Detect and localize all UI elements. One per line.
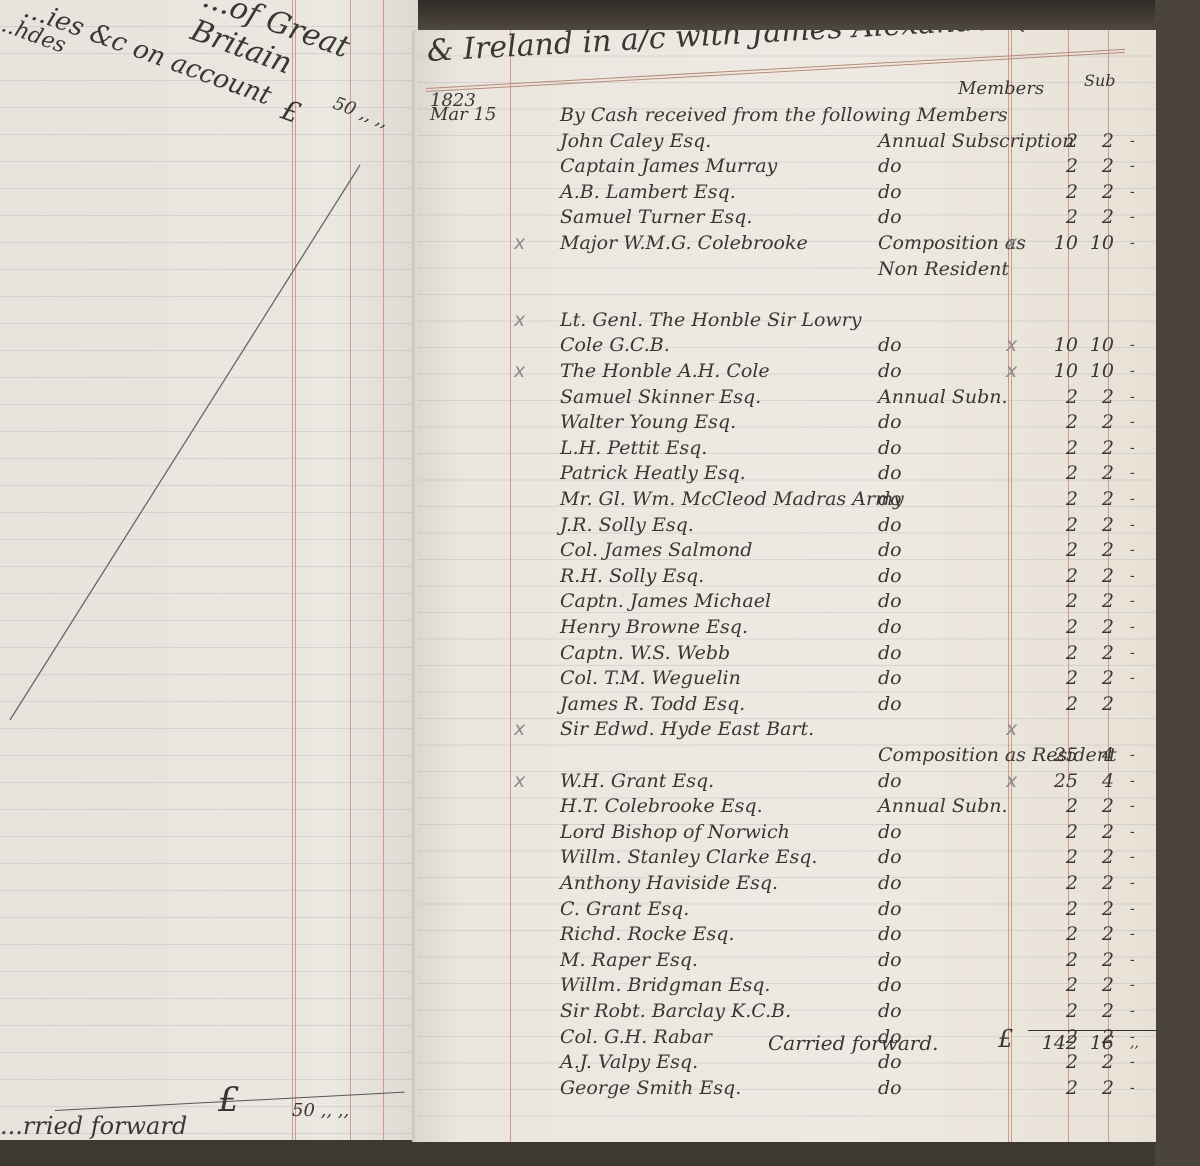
ledger-row: R.H. Solly Esq.do22- — [418, 563, 1156, 589]
amount-shillings: 10 — [1078, 332, 1114, 358]
amount-pounds: 10 — [1038, 358, 1078, 384]
member-name: Patrick Heatly Esq. — [560, 460, 746, 486]
subscription-type: do — [878, 614, 902, 640]
amount-pounds: 10 — [1038, 332, 1078, 358]
member-name: Sir Edwd. Hyde East Bart. — [560, 716, 814, 742]
amount-pounds: 2 — [1038, 204, 1078, 230]
subscription-type: do — [878, 768, 902, 794]
amount-pence: - — [1130, 537, 1135, 563]
member-name: W.H. Grant Esq. — [560, 768, 714, 794]
amount-pounds: 25 — [1038, 742, 1078, 768]
amount-pence: - — [1130, 1075, 1135, 1101]
amount-pounds: 2 — [1038, 870, 1078, 896]
amount-pounds: 2 — [1038, 793, 1078, 819]
member-name: Cole G.C.B. — [560, 332, 670, 358]
ledger-row: Composition as Resident254- — [418, 742, 1156, 768]
member-name: Lt. Genl. The Honble Sir Lowry — [560, 307, 861, 333]
member-name: Samuel Turner Esq. — [560, 204, 752, 230]
ledger-row: M. Raper Esq.do22- — [418, 947, 1156, 973]
subscription-type: do — [878, 972, 902, 998]
audit-check-mark: x — [1006, 332, 1017, 358]
ledger-row — [418, 281, 1156, 307]
member-name: C. Grant Esq. — [560, 896, 689, 922]
ledger-row: xThe Honble A.H. Coledox1010- — [418, 358, 1156, 384]
member-name: Col. G.H. Rabar — [560, 1024, 712, 1050]
ledger-row: Captain James Murraydo22- — [418, 153, 1156, 179]
column-sub: Sub — [1084, 68, 1116, 94]
amount-pounds: 2 — [1038, 512, 1078, 538]
subscription-type: Non Resident — [878, 256, 1009, 282]
member-name: George Smith Esq. — [560, 1075, 741, 1101]
amount-pounds: 2 — [1038, 179, 1078, 205]
amount-shillings: 2 — [1078, 512, 1114, 538]
amount-pence: - — [1130, 793, 1135, 819]
ledger-row: Sir Robt. Barclay K.C.B.do22- — [418, 998, 1156, 1024]
amount-shillings: 2 — [1078, 972, 1114, 998]
amount-pounds: 2 — [1038, 128, 1078, 154]
amount-pounds: 2 — [1038, 896, 1078, 922]
amount-pence: - — [1130, 921, 1135, 947]
ledger-row: Patrick Heatly Esq.do22- — [418, 460, 1156, 486]
amount-shillings: 2 — [1078, 179, 1114, 205]
subscription-type: do — [878, 358, 902, 384]
member-name: Anthony Haviside Esq. — [560, 870, 778, 896]
ledger-row: A.B. Lambert Esq.do22- — [418, 179, 1156, 205]
amount-shillings: 2 — [1078, 947, 1114, 973]
subscription-type: do — [878, 947, 902, 973]
left-footer-currency: £ — [218, 1080, 240, 1120]
amount-pence: - — [1130, 409, 1135, 435]
tick-mark: x — [514, 307, 525, 333]
subscription-type: do — [878, 665, 902, 691]
ledger-row: Henry Browne Esq.do22- — [418, 614, 1156, 640]
amount-pence: - — [1130, 768, 1135, 794]
member-name: James R. Todd Esq. — [560, 691, 745, 717]
amount-shillings: 2 — [1078, 691, 1114, 717]
amount-shillings: 2 — [1078, 819, 1114, 845]
left-footer-amount: 50 ,, ,, — [292, 1100, 349, 1121]
member-name: Col. T.M. Weguelin — [560, 665, 741, 691]
member-name: Samuel Skinner Esq. — [560, 384, 761, 410]
tick-mark: x — [514, 716, 525, 742]
ledger-row: Anthony Haviside Esq.do22- — [418, 870, 1156, 896]
amount-pence: - — [1130, 588, 1135, 614]
subscription-type: do — [878, 179, 902, 205]
ledger-row: Willm. Bridgman Esq.do22- — [418, 972, 1156, 998]
member-name: M. Raper Esq. — [560, 947, 698, 973]
amount-shillings: 10 — [1078, 230, 1114, 256]
member-name: H.T. Colebrooke Esq. — [560, 793, 763, 819]
amount-pounds: 2 — [1038, 435, 1078, 461]
amount-pounds: 2 — [1038, 537, 1078, 563]
ledger-row: C. Grant Esq.do22- — [418, 896, 1156, 922]
ledger-row: George Smith Esq.do22- — [418, 1075, 1156, 1101]
amount-pounds: 2 — [1038, 409, 1078, 435]
ledger-row: Col. T.M. Weguelindo22- — [418, 665, 1156, 691]
amount-pounds: 2 — [1038, 614, 1078, 640]
subscription-type: do — [878, 844, 902, 870]
amount-pence: - — [1130, 870, 1135, 896]
amount-pence: - — [1130, 665, 1135, 691]
ledger-row: L.H. Pettit Esq.do22- — [418, 435, 1156, 461]
amount-pence: - — [1130, 742, 1135, 768]
ledger-row: Mr. Gl. Wm. McCleod Madras Armydo22- — [418, 486, 1156, 512]
amount-pence: - — [1130, 640, 1135, 666]
subscription-type: do — [878, 921, 902, 947]
amount-shillings: 2 — [1078, 537, 1114, 563]
amount-pounds: 2 — [1038, 921, 1078, 947]
subscription-type: do — [878, 870, 902, 896]
ledger-row: J.R. Solly Esq.do22- — [418, 512, 1156, 538]
ledger-row: Lord Bishop of Norwichdo22- — [418, 819, 1156, 845]
tick-mark: x — [514, 358, 525, 384]
carried-forward-shillings: 16 — [1078, 1030, 1114, 1056]
member-name: Willm. Bridgman Esq. — [560, 972, 770, 998]
audit-check-mark: x — [1006, 768, 1017, 794]
amount-shillings: 2 — [1078, 153, 1114, 179]
amount-pence: - — [1130, 128, 1135, 154]
cancel-diagonal-line — [0, 0, 418, 1140]
amount-pounds: 2 — [1038, 486, 1078, 512]
member-name: Walter Young Esq. — [560, 409, 736, 435]
subscription-type: do — [878, 640, 902, 666]
ledger-row: Samuel Skinner Esq.Annual Subn.22- — [418, 384, 1156, 410]
amount-pence: - — [1130, 153, 1135, 179]
amount-shillings: 2 — [1078, 640, 1114, 666]
subscription-type: do — [878, 204, 902, 230]
amount-pounds: 2 — [1038, 563, 1078, 589]
member-name: Major W.M.G. Colebrooke — [560, 230, 808, 256]
amount-pounds: 2 — [1038, 819, 1078, 845]
amount-pounds: 2 — [1038, 947, 1078, 973]
member-name: Willm. Stanley Clarke Esq. — [560, 844, 817, 870]
subscription-type: do — [878, 435, 902, 461]
subscription-type: do — [878, 691, 902, 717]
subscription-type: do — [878, 896, 902, 922]
amount-pounds: 2 — [1038, 972, 1078, 998]
carried-forward-currency: £ — [998, 1026, 1013, 1052]
ledger-row: xMajor W.M.G. ColebrookeComposition asx1… — [418, 230, 1156, 256]
member-name: John Caley Esq. — [560, 128, 711, 154]
amount-pence: - — [1130, 204, 1135, 230]
member-name: L.H. Pettit Esq. — [560, 435, 707, 461]
amount-shillings: 2 — [1078, 486, 1114, 512]
amount-shillings: 2 — [1078, 921, 1114, 947]
amount-shillings: 2 — [1078, 384, 1114, 410]
subscription-type: do — [878, 332, 902, 358]
amount-pence: - — [1130, 896, 1135, 922]
tick-mark: x — [514, 768, 525, 794]
audit-check-mark: x — [1006, 230, 1017, 256]
book-cover — [1155, 0, 1200, 1166]
member-name: By Cash received from the following Memb… — [560, 102, 1008, 128]
member-name: Sir Robt. Barclay K.C.B. — [560, 998, 791, 1024]
subscription-type: do — [878, 409, 902, 435]
subscription-type: do — [878, 460, 902, 486]
amount-pounds: 2 — [1038, 844, 1078, 870]
subscription-type: Annual Subn. — [878, 384, 1008, 410]
left-footer-label: ...rried forward — [0, 1112, 187, 1140]
ledger-row: Richd. Rocke Esq.do22- — [418, 921, 1156, 947]
ledger-row: James R. Todd Esq.do22 — [418, 691, 1156, 717]
amount-pounds: 2 — [1038, 153, 1078, 179]
member-name: Mr. Gl. Wm. McCleod Madras Army — [560, 486, 904, 512]
amount-pence: - — [1130, 844, 1135, 870]
subscription-type: do — [878, 512, 902, 538]
subscription-type: do — [878, 819, 902, 845]
carried-forward-pence: ,, — [1130, 1030, 1139, 1056]
subscription-type: do — [878, 588, 902, 614]
amount-pence: - — [1130, 179, 1135, 205]
subscription-type: Composition as — [878, 230, 1026, 256]
amount-shillings: 2 — [1078, 665, 1114, 691]
tick-mark: x — [514, 230, 525, 256]
amount-shillings: 2 — [1078, 588, 1114, 614]
amount-shillings: 2 — [1078, 460, 1114, 486]
amount-pence: - — [1130, 460, 1135, 486]
member-name: Captn. James Michael — [560, 588, 771, 614]
amount-pounds: 2 — [1038, 384, 1078, 410]
ledger-row: Mar 15By Cash received from the followin… — [418, 102, 1156, 128]
entry-date: Mar 15 — [430, 102, 496, 128]
member-name: A.B. Lambert Esq. — [560, 179, 736, 205]
subscription-type: do — [878, 1075, 902, 1101]
amount-pounds: 2 — [1038, 691, 1078, 717]
member-name: Captain James Murray — [560, 153, 777, 179]
amount-shillings: 2 — [1078, 998, 1114, 1024]
amount-pounds: 2 — [1038, 640, 1078, 666]
member-name: R.H. Solly Esq. — [560, 563, 704, 589]
ledger-row: Cole G.C.B.dox1010- — [418, 332, 1156, 358]
amount-pence: - — [1130, 358, 1135, 384]
audit-check-mark: x — [1006, 716, 1017, 742]
amount-pounds: 10 — [1038, 230, 1078, 256]
amount-shillings: 2 — [1078, 128, 1114, 154]
ledger-row: Non Resident — [418, 256, 1156, 282]
amount-pounds: 2 — [1038, 665, 1078, 691]
amount-shillings: 2 — [1078, 409, 1114, 435]
amount-pounds: 2 — [1038, 588, 1078, 614]
ledger-title: & Ireland in a/c with James Alexander (T… — [426, 30, 1156, 69]
amount-pence: - — [1130, 486, 1135, 512]
amount-shillings: 2 — [1078, 435, 1114, 461]
amount-pence: - — [1130, 998, 1135, 1024]
member-name: Henry Browne Esq. — [560, 614, 748, 640]
member-name: Richd. Rocke Esq. — [560, 921, 735, 947]
amount-pence: - — [1130, 614, 1135, 640]
amount-shillings: 2 — [1078, 204, 1114, 230]
ledger-row: Col. James Salmonddo22- — [418, 537, 1156, 563]
member-name: J.R. Solly Esq. — [560, 512, 694, 538]
audit-check-mark: x — [1006, 358, 1017, 384]
ledger-row: John Caley Esq.Annual Subscription22- — [418, 128, 1156, 154]
amount-shillings: 2 — [1078, 896, 1114, 922]
ledger-row: Walter Young Esq.do22- — [418, 409, 1156, 435]
ledger-row: xSir Edwd. Hyde East Bart.x — [418, 716, 1156, 742]
amount-pounds: 25 — [1038, 768, 1078, 794]
amount-shillings: 2 — [1078, 870, 1114, 896]
ledger-row: Willm. Stanley Clarke Esq.do22- — [418, 844, 1156, 870]
amount-shillings: 2 — [1078, 844, 1114, 870]
amount-pounds: 2 — [1038, 1075, 1078, 1101]
subscription-type: Annual Subn. — [878, 793, 1008, 819]
ledger-row: xW.H. Grant Esq.dox254- — [418, 768, 1156, 794]
ledger-row: xLt. Genl. The Honble Sir Lowry — [418, 307, 1156, 333]
ledger-row: H.T. Colebrooke Esq.Annual Subn.22- — [418, 793, 1156, 819]
right-page: & Ireland in a/c with James Alexander (T… — [418, 30, 1156, 1142]
left-page: ...ies &c on account ...hdes ...of Great… — [0, 0, 418, 1140]
amount-pounds: 2 — [1038, 460, 1078, 486]
amount-pence: - — [1130, 947, 1135, 973]
amount-pence: - — [1130, 230, 1135, 256]
subscription-type: do — [878, 153, 902, 179]
amount-pence: - — [1130, 563, 1135, 589]
column-members: Members — [958, 76, 1044, 102]
amount-pence: - — [1130, 384, 1135, 410]
carried-forward-pounds: 142 — [1030, 1030, 1078, 1056]
amount-pence: - — [1130, 819, 1135, 845]
subscription-type: do — [878, 486, 902, 512]
amount-pence: - — [1130, 512, 1135, 538]
ledger-row: Captn. James Michaeldo22- — [418, 588, 1156, 614]
amount-pence: - — [1130, 332, 1135, 358]
amount-shillings: 2 — [1078, 614, 1114, 640]
member-name: The Honble A.H. Cole — [560, 358, 770, 384]
carried-forward-label: Carried forward. — [768, 1030, 939, 1056]
amount-shillings: 2 — [1078, 563, 1114, 589]
subscription-type: do — [878, 998, 902, 1024]
amount-shillings: 4 — [1078, 768, 1114, 794]
ledger-row: Captn. W.S. Webbdo22- — [418, 640, 1156, 666]
amount-shillings: 2 — [1078, 793, 1114, 819]
amount-pence: - — [1130, 972, 1135, 998]
member-name: Col. James Salmond — [560, 537, 752, 563]
ledger-row: Samuel Turner Esq.do22- — [418, 204, 1156, 230]
member-name: Captn. W.S. Webb — [560, 640, 730, 666]
member-name: Lord Bishop of Norwich — [560, 819, 790, 845]
subscription-type: do — [878, 563, 902, 589]
amount-pence: - — [1130, 435, 1135, 461]
amount-shillings: 10 — [1078, 358, 1114, 384]
amount-shillings: 2 — [1078, 1075, 1114, 1101]
amount-shillings: 4 — [1078, 742, 1114, 768]
member-name: A.J. Valpy Esq. — [560, 1049, 698, 1075]
subscription-type: do — [878, 537, 902, 563]
amount-pounds: 2 — [1038, 998, 1078, 1024]
